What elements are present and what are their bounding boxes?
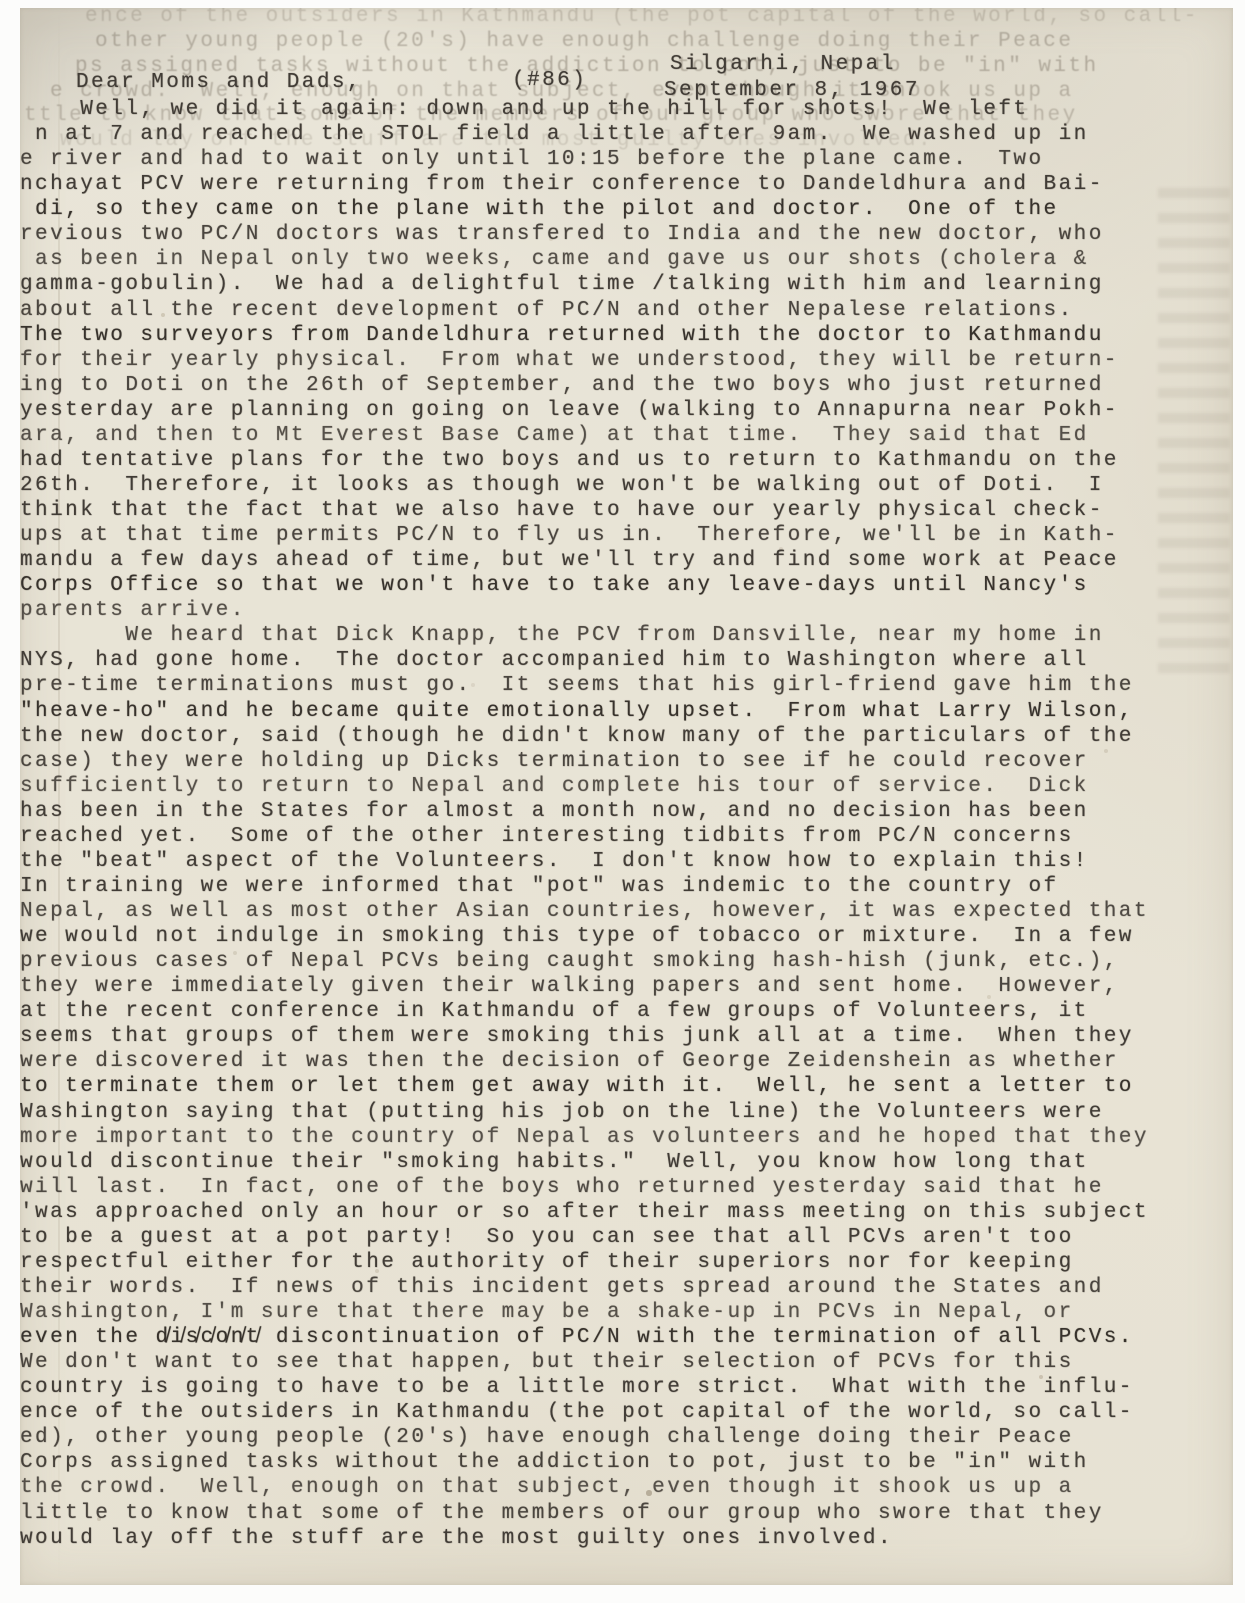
letter-line: even the d̸i̸s̸c̸o̸n̸t̸ discontinuation … bbox=[20, 1325, 1233, 1350]
letter-line: 26th. Therefore, it looks as though we w… bbox=[20, 473, 1233, 498]
letter-line: about all the recent development of PC/N… bbox=[20, 298, 1233, 323]
letter-line: seems that groups of them were smoking t… bbox=[20, 1024, 1233, 1049]
letter-line: were discovered it was then the decision… bbox=[20, 1049, 1233, 1074]
letter-line: ara, and then to Mt Everest Base Came) a… bbox=[20, 423, 1233, 448]
letter-line: respectful either for the authority of t… bbox=[20, 1250, 1233, 1275]
letter-line: previous cases of Nepal PCVs being caugh… bbox=[20, 949, 1233, 974]
letter-number: (#86) bbox=[512, 69, 587, 93]
letter-line: n at 7 and reached the STOL field a litt… bbox=[20, 122, 1233, 147]
letter-line: mandu a few days ahead of time, but we'l… bbox=[20, 548, 1233, 573]
letter-paper: ence of the outsiders in Kathmandu (the … bbox=[20, 8, 1233, 1585]
letter-line: In training we were informed that "pot" … bbox=[20, 874, 1233, 899]
letter-line: revious two PC/N doctors was transfered … bbox=[20, 222, 1233, 247]
letter-line: will last. In fact, one of the boys who … bbox=[20, 1175, 1233, 1200]
letter-line: parents arrive. bbox=[20, 598, 1233, 623]
letter-line: ence of the outsiders in Kathmandu (the … bbox=[20, 1400, 1233, 1425]
letter-line: We heard that Dick Knapp, the PCV from D… bbox=[20, 623, 1233, 648]
letter-line: 'was approached only an hour or so after… bbox=[20, 1200, 1233, 1225]
letter-line: Washington saying that (putting his job … bbox=[20, 1100, 1233, 1125]
letter-line: sufficiently to return to Nepal and comp… bbox=[20, 774, 1233, 799]
salutation: Dear Moms and Dads, bbox=[76, 71, 362, 95]
ghost-line: other young people (20's) have enough ch… bbox=[95, 30, 1073, 53]
letter-line: e river and had to wait only until 10:15… bbox=[20, 147, 1233, 172]
letter-line: to terminate them or let them get away w… bbox=[20, 1074, 1233, 1099]
letter-line: "heave-ho" and he became quite emotional… bbox=[20, 699, 1233, 724]
letter-line: ups at that time permits PC/N to fly us … bbox=[20, 523, 1233, 548]
letter-line: has been in the States for almost a mont… bbox=[20, 799, 1233, 824]
letter-line: country is going to have to be a little … bbox=[20, 1375, 1233, 1400]
letter-body: Well, we did it again: down and up the h… bbox=[20, 97, 1233, 1551]
letter-line: We don't want to see that happen, but th… bbox=[20, 1350, 1233, 1375]
letter-line: at the recent conference in Kathmandu of… bbox=[20, 999, 1233, 1024]
letter-line: more important to the country of Nepal a… bbox=[20, 1125, 1233, 1150]
letter-line: reached yet. Some of the other interesti… bbox=[20, 824, 1233, 849]
scanned-letter-page: { "page": { "kind": "typewritten letter … bbox=[0, 0, 1245, 1603]
letter-line: the new doctor, said (though he didn't k… bbox=[20, 724, 1233, 749]
letter-line: Corps assigned tasks without the addicti… bbox=[20, 1450, 1233, 1475]
paper-speckles bbox=[20, 8, 22, 10]
letter-line: for their yearly physical. From what we … bbox=[20, 348, 1233, 373]
letter-line: Well, we did it again: down and up the h… bbox=[20, 97, 1233, 122]
letter-line: Nepal, as well as most other Asian count… bbox=[20, 899, 1233, 924]
letter-line: Corps Office so that we won't have to ta… bbox=[20, 573, 1233, 598]
letter-line: they were immediately given their walkin… bbox=[20, 974, 1233, 999]
letter-line: The two surveyors from Dandeldhura retur… bbox=[20, 323, 1233, 348]
letter-line: nchayat PCV were returning from their co… bbox=[20, 172, 1233, 197]
letter-line: ed), other young people (20's) have enou… bbox=[20, 1425, 1233, 1450]
letter-line: would lay off the stuff are the most gui… bbox=[20, 1526, 1233, 1551]
letter-line: gamma-gobulin). We had a delightful time… bbox=[20, 272, 1233, 297]
letter-line: di, so they came on the plane with the p… bbox=[20, 197, 1233, 222]
letter-line: the "beat" aspect of the Volunteers. I d… bbox=[20, 849, 1233, 874]
letter-line: to be a guest at a pot party! So you can… bbox=[20, 1225, 1233, 1250]
letter-line: ing to Doti on the 26th of September, an… bbox=[20, 373, 1233, 398]
letter-line: case) they were holding up Dicks termina… bbox=[20, 749, 1233, 774]
letter-line: as been in Nepal only two weeks, came an… bbox=[20, 247, 1233, 272]
letter-line: Washington, I'm sure that there may be a… bbox=[20, 1300, 1233, 1325]
letter-line: the crowd. Well, enough on that subject,… bbox=[20, 1475, 1233, 1500]
letter-line: little to know that some of the members … bbox=[20, 1501, 1233, 1526]
letter-line: NYS, had gone home. The doctor accompani… bbox=[20, 648, 1233, 673]
letter-line: their words. If news of this incident ge… bbox=[20, 1275, 1233, 1300]
letter-line: had tentative plans for the two boys and… bbox=[20, 448, 1233, 473]
letter-line: think that the fact that we also have to… bbox=[20, 498, 1233, 523]
letter-line: would discontinue their "smoking habits.… bbox=[20, 1150, 1233, 1175]
ghost-line: ence of the outsiders in Kathmandu (the … bbox=[85, 8, 1199, 28]
letter-line: we would not indulge in smoking this typ… bbox=[20, 924, 1233, 949]
letter-line: yesterday are planning on going on leave… bbox=[20, 398, 1233, 423]
letter-location: Silgarhi, Nepal bbox=[670, 53, 896, 77]
letter-line: pre-time terminations must go. It seems … bbox=[20, 673, 1233, 698]
